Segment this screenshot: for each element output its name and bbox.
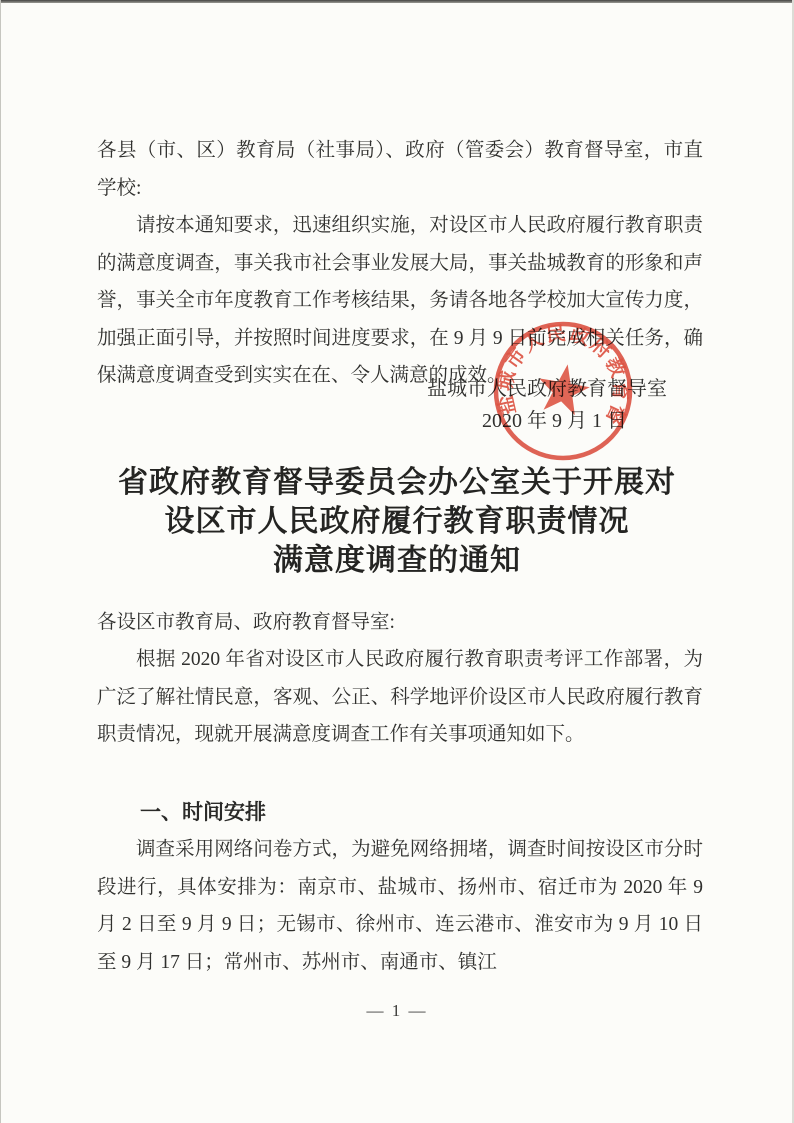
schedule-paragraph: 调查采用网络问卷方式，为避免网络拥堵，调查时间按设区市分时段进行，具体安排为：南… — [97, 831, 703, 981]
document-title: 省政府教育督导委员会办公室关于开展对 设区市人民政府履行教育职责情况 满意度调查… — [0, 463, 794, 580]
addressee-local: 各县（市、区）教育局（社事局）、政府（管委会）教育督导室，市直学校: — [97, 132, 703, 207]
title-line-1: 省政府教育督导委员会办公室关于开展对 — [0, 463, 794, 502]
intro-paragraph: 根据 2020 年省对设区市人民政府履行教育职责考评工作部署，为广泛了解社情民意… — [97, 641, 703, 754]
scan-artifact-top-edge — [0, 0, 794, 3]
scanned-document: { "page": { "paper_color": "#fcfcf9", "t… — [0, 0, 794, 1123]
title-line-3: 满意度调查的通知 — [0, 541, 794, 580]
title-line-2: 设区市人民政府履行教育职责情况 — [0, 502, 794, 541]
seal-star-icon — [534, 360, 593, 417]
section-1-heading: 一、时间安排 — [140, 798, 266, 828]
page-number: — 1 — — [0, 1001, 794, 1021]
official-red-seal: 盐城市人民政府教育督导室 — [483, 311, 643, 471]
document-page: 各县（市、区）教育局（社事局）、政府（管委会）教育督导室，市直学校: 请按本通知… — [0, 0, 794, 1123]
addressee-main: 各设区市教育局、政府教育督导室: — [97, 604, 717, 642]
